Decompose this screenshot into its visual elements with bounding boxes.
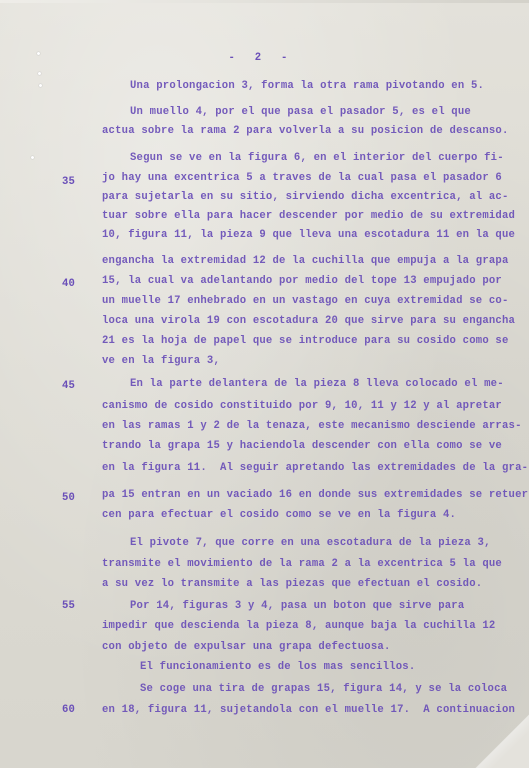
text-line: pa 15 entran en un vaciado 16 en donde s… <box>102 489 528 501</box>
text-line: El funcionamiento es de los mas sencillo… <box>140 661 415 673</box>
margin-line-number: 60 <box>62 704 75 716</box>
punch-hole <box>37 52 40 55</box>
text-line: impedir que descienda la pieza 8, aunque… <box>102 620 495 632</box>
punch-hole <box>39 84 42 87</box>
text-line: Por 14, figuras 3 y 4, pasa un boton que… <box>130 600 464 612</box>
text-line: en la figura 11. Al seguir apretando las… <box>102 462 528 474</box>
text-line: En la parte delantera de la pieza 8 llev… <box>130 378 504 390</box>
text-line: cen para efectuar el cosido como se ve e… <box>102 509 456 521</box>
text-line: para sujetarla en su sitio, sirviendo di… <box>102 191 509 203</box>
text-line: trando la grapa 15 y haciendola descende… <box>102 440 502 452</box>
margin-line-number: 40 <box>62 278 75 290</box>
text-line: transmite el movimiento de la rama 2 a l… <box>102 558 502 570</box>
text-line: 15, la cual va adelantando por medio del… <box>102 275 502 287</box>
margin-line-number: 55 <box>62 600 75 612</box>
typewritten-page: - 2 - 354045505560 Una prolongacion 3, f… <box>0 0 529 768</box>
text-line: Segun se ve en la figura 6, en el interi… <box>130 152 504 164</box>
text-line: loca una virola 19 con escotadura 20 que… <box>102 315 515 327</box>
text-line: 21 es la hoja de papel que se introduce … <box>102 335 509 347</box>
text-line: 10, figura 11, la pieza 9 que lleva una … <box>102 229 515 241</box>
text-line: canismo de cosido constituido por 9, 10,… <box>102 400 502 412</box>
text-line: un muelle 17 enhebrado en un vastago en … <box>102 295 509 307</box>
margin-line-number: 50 <box>62 492 75 504</box>
page-number: - 2 - <box>228 52 288 64</box>
text-line: actua sobre la rama 2 para volverla a su… <box>102 125 509 137</box>
page-corner-fold <box>469 708 529 768</box>
text-line: tuar sobre ella para hacer descender por… <box>102 210 515 222</box>
punch-hole <box>38 72 41 75</box>
margin-line-number: 35 <box>62 176 75 188</box>
text-line: en 18, figura 11, sujetandola con el mue… <box>102 704 515 716</box>
text-line: Se coge una tira de grapas 15, figura 14… <box>140 683 507 695</box>
text-line: El pivote 7, que corre en una escotadura… <box>130 537 491 549</box>
text-line: Una prolongacion 3, forma la otra rama p… <box>130 80 484 92</box>
punch-hole <box>31 156 34 159</box>
text-line: engancha la extremidad 12 de la cuchilla… <box>102 255 509 267</box>
text-line: con objeto de expulsar una grapa defectu… <box>102 641 391 653</box>
text-line: a su vez lo transmite a las piezas que e… <box>102 578 482 590</box>
page-edge <box>0 0 529 3</box>
text-line: jo hay una excentrica 5 a traves de la c… <box>102 172 502 184</box>
margin-line-number: 45 <box>62 380 75 392</box>
text-line: en las ramas 1 y 2 de la tenaza, este me… <box>102 420 522 432</box>
text-line: Un muello 4, por el que pasa el pasador … <box>130 106 471 118</box>
text-line: ve en la figura 3, <box>102 355 220 367</box>
